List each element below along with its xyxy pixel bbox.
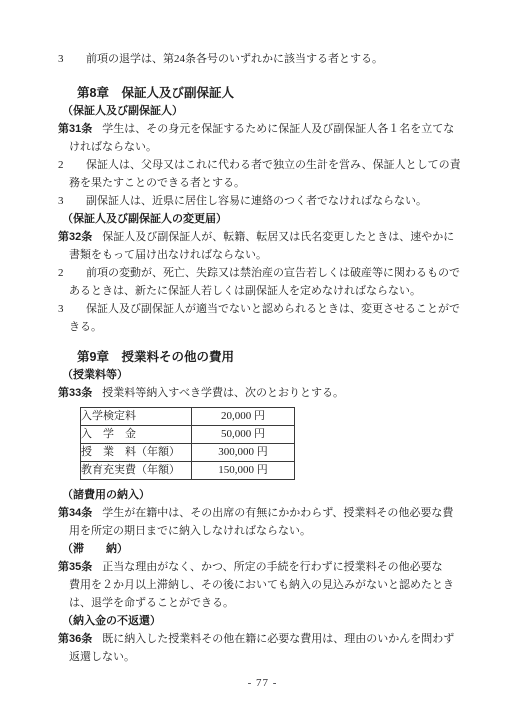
article-31-paragraph-3: 3副保証人は、近県に居住し容易に連絡のつく者でなければならない。: [58, 192, 467, 210]
article-36-line-2: 返還しない。: [58, 648, 467, 666]
paragraph-text: 副保証人は、近県に居住し容易に連絡のつく者でなければならない。: [86, 195, 427, 207]
article-34-line-2: 用を所定の期日までに納入しなければならない。: [58, 522, 467, 540]
heading-arrears: （滞 納）: [58, 540, 467, 558]
fee-table-row: 教育充実費（年額） 150,000 円: [81, 462, 295, 480]
heading-no-refund: （納入金の不返還）: [58, 612, 467, 630]
fee-table-row: 入学検定料 20,000 円: [81, 408, 295, 426]
fee-amount-cell: 50,000 円: [192, 426, 295, 444]
paragraph-line-1: 3保証人及び副保証人が適当でないと認められるときは、変更させることがで: [58, 300, 467, 318]
paragraph-line-2: 務を果たすことのできる者とする。: [58, 174, 467, 192]
article-31-paragraph-2: 2保証人は、父母又はこれに代わる者で独立の生計を営み、保証人としての責 務を果た…: [58, 156, 467, 192]
paragraph-line-1: 2前項の変動が、死亡、失踪又は禁治産の宣告若しくは破産等に関わるもので: [58, 264, 467, 282]
article-36: 第36条既に納入した授業料その他在籍に必要な費用は、理由のいかんを問わず 返還し…: [58, 630, 467, 666]
article-32-text: 保証人及び副保証人が、転籍、転居又は氏名変更したときは、速やかに: [102, 231, 454, 243]
paragraph-number: 3: [58, 192, 71, 210]
article-34-label: 第34条: [58, 507, 92, 519]
article-33-label: 第33条: [58, 387, 92, 399]
fee-item-cell: 入 学 金: [81, 426, 192, 444]
paragraph-line-2: あるときは、新たに保証人若しくは副保証人を定めなければならない。: [58, 282, 467, 300]
article-31: 第31条学生は、その身元を保証するために保証人及び副保証人各１名を立てな ければ…: [58, 120, 467, 156]
fee-amount-cell: 300,000 円: [192, 444, 295, 462]
article-36-line-1: 第36条既に納入した授業料その他在籍に必要な費用は、理由のいかんを問わず: [58, 630, 467, 648]
paragraph-number: 2: [58, 156, 71, 174]
heading-tuition: （授業料等）: [58, 366, 467, 384]
document-page: 3前項の退学は、第24条各号のいずれかに該当する者とする。 第8章 保証人及び副…: [0, 0, 507, 720]
fee-item-cell: 入学検定料: [81, 408, 192, 426]
paragraph-number: 3: [58, 300, 71, 318]
article-32-label: 第32条: [58, 231, 92, 243]
article-34-text: 学生が在籍中は、その出席の有無にかかわらず、授業料その他必要な費: [102, 507, 453, 519]
article-31-line-2: ければならない。: [58, 138, 467, 156]
article-32-paragraph-2: 2前項の変動が、死亡、失踪又は禁治産の宣告若しくは破産等に関わるもので あるとき…: [58, 264, 467, 300]
fee-table-row: 入 学 金 50,000 円: [81, 426, 295, 444]
heading-fee-payment: （諸費用の納入）: [58, 486, 467, 504]
article-36-text: 既に納入した授業料その他在籍に必要な費用は、理由のいかんを問わず: [102, 633, 454, 645]
article-32-line-2: 書類をもって届け出なければならない。: [58, 246, 467, 264]
article-34-line-1: 第34条学生が在籍中は、その出席の有無にかかわらず、授業料その他必要な費: [58, 504, 467, 522]
paragraph-line-2: きる。: [58, 318, 467, 336]
heading-guarantor-change: （保証人及び副保証人の変更届）: [58, 210, 467, 228]
article-34: 第34条学生が在籍中は、その出席の有無にかかわらず、授業料その他必要な費 用を所…: [58, 504, 467, 540]
page-number: - 77 -: [58, 674, 467, 692]
chapter-8-title: 第8章 保証人及び副保証人: [58, 84, 467, 102]
fee-amount-cell: 150,000 円: [192, 462, 295, 480]
article-31-label: 第31条: [58, 123, 92, 135]
fee-item-cell: 授 業 料（年額）: [81, 444, 192, 462]
article-31-text: 学生は、その身元を保証するために保証人及び副保証人各１名を立てな: [102, 123, 454, 135]
article-36-label: 第36条: [58, 633, 92, 645]
article-33: 第33条授業料等納入すべき学費は、次のとおりとする。: [58, 384, 467, 402]
article-35: 第35条正当な理由がなく、かつ、所定の手続を行わずに授業料その他必要な 費用を２…: [58, 558, 467, 612]
article-35-text: 正当な理由がなく、かつ、所定の手続を行わずに授業料その他必要な: [102, 561, 442, 573]
article-32-line-1: 第32条保証人及び副保証人が、転籍、転居又は氏名変更したときは、速やかに: [58, 228, 467, 246]
fee-table: 入学検定料 20,000 円 入 学 金 50,000 円 授 業 料（年額） …: [80, 407, 295, 480]
paragraph-text: 前項の退学は、第24条各号のいずれかに該当する者とする。: [86, 53, 383, 65]
fee-item-cell: 教育充実費（年額）: [81, 462, 192, 480]
article-32: 第32条保証人及び副保証人が、転籍、転居又は氏名変更したときは、速やかに 書類を…: [58, 228, 467, 264]
fee-amount-cell: 20,000 円: [192, 408, 295, 426]
article-35-label: 第35条: [58, 561, 92, 573]
paragraph-number: 3: [58, 50, 71, 68]
chapter-9-title: 第9章 授業料その他の費用: [58, 348, 467, 366]
article-31-line-1: 第31条学生は、その身元を保証するために保証人及び副保証人各１名を立てな: [58, 120, 467, 138]
paragraph-number: 2: [58, 264, 71, 282]
paragraph-text: 保証人及び副保証人が適当でないと認められるときは、変更させることがで: [86, 303, 460, 315]
fee-table-row: 授 業 料（年額） 300,000 円: [81, 444, 295, 462]
paragraph-text: 前項の変動が、死亡、失踪又は禁治産の宣告若しくは破産等に関わるもので: [86, 267, 460, 279]
paragraph-line-1: 2保証人は、父母又はこれに代わる者で独立の生計を営み、保証人としての責: [58, 156, 467, 174]
article-35-line-2: 費用を２か月以上滞納し、その後においても納入の見込みがないと認めたとき: [58, 576, 467, 594]
article-33-text: 授業料等納入すべき学費は、次のとおりとする。: [102, 387, 344, 399]
paragraph-text: 保証人は、父母又はこれに代わる者で独立の生計を営み、保証人としての責: [86, 159, 461, 171]
heading-guarantors: （保証人及び副保証人）: [58, 102, 467, 120]
article-35-line-1: 第35条正当な理由がなく、かつ、所定の手続を行わずに授業料その他必要な: [58, 558, 467, 576]
article-35-line-3: は、退学を命ずることができる。: [58, 594, 467, 612]
article-32-paragraph-3: 3保証人及び副保証人が適当でないと認められるときは、変更させることがで きる。: [58, 300, 467, 336]
paragraph-prev-item-3: 3前項の退学は、第24条各号のいずれかに該当する者とする。: [58, 50, 467, 68]
